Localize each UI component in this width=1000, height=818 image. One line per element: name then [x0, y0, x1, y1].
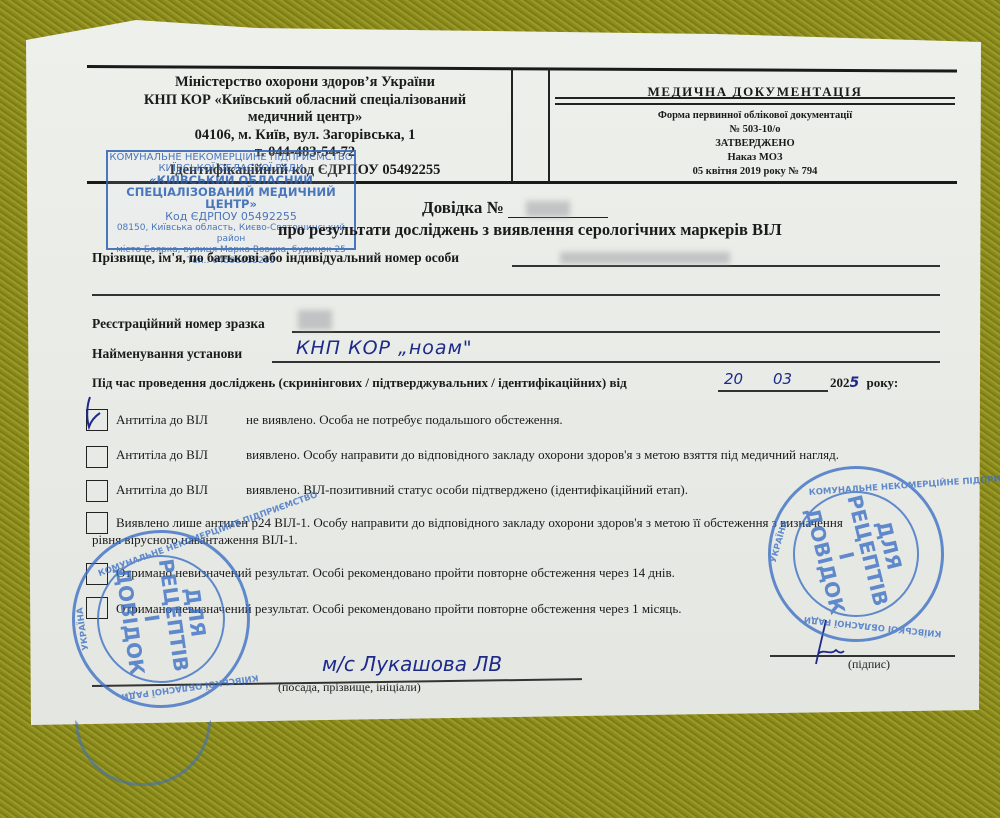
certificate-subtitle: про результати досліджень з виявлення се… — [278, 220, 782, 240]
redacted-name — [560, 252, 730, 264]
institution-name-cont: медичний центр» — [100, 109, 510, 127]
study-line-label: Під час проведення досліджень (скринінго… — [92, 375, 627, 391]
option-text: виявлено. Особу направити до відповідног… — [246, 447, 839, 462]
form-order-date: 05 квітня 2019 року № 794 — [555, 165, 955, 179]
option-checkbox-p24[interactable] — [86, 512, 108, 534]
stamp-impression-bottom — [75, 720, 211, 786]
form-approved: ЗАТВЕРДЖЕНО — [555, 137, 955, 151]
title-text: Довідка № — [422, 198, 504, 217]
option-text: не виявлено. Особа не потребує подальшог… — [246, 412, 563, 427]
institution-address: 04106, м. Київ, вул. Загорівська, 1 — [100, 127, 510, 145]
date-line — [718, 390, 828, 392]
form-header: МЕДИЧНА ДОКУМЕНТАЦІЯ Форма первинної обл… — [555, 84, 955, 179]
position-label: (посада, прізвище, ініціали) — [278, 680, 421, 695]
header-divider — [511, 68, 513, 182]
name-field-line — [512, 265, 940, 267]
option-label: Антитіла до ВІЛ — [116, 412, 246, 428]
option-checkbox-confirmed[interactable] — [86, 480, 108, 502]
sample-field-line — [292, 331, 940, 333]
redacted-number — [526, 201, 570, 217]
stamp-country: УКРАЇНА — [769, 520, 791, 564]
form-type: Форма первинної облікової документації — [555, 109, 955, 123]
position-handwritten: м/с Лукашова ЛВ — [322, 652, 502, 676]
photo-background: Міністерство охорони здоров’я України КН… — [0, 0, 1000, 818]
institution-name: КНП КОР «Київський обласний спеціалізова… — [100, 92, 510, 110]
year-prefix: 202 — [830, 375, 850, 390]
study-day: 20 — [724, 370, 743, 388]
checkmark-icon — [82, 395, 108, 431]
header-divider — [548, 68, 550, 182]
sample-label: Реєстраційний номер зразка — [92, 316, 265, 332]
signature-label: (підпис) — [848, 657, 890, 672]
certificate-title: Довідка № — [422, 198, 608, 218]
certificate-number-field — [508, 201, 608, 218]
year-suffix: 5 — [850, 375, 860, 391]
option-detected-referral: Антитіла до ВІЛвиявлено. Особу направити… — [116, 447, 839, 463]
option-label: Антитіла до ВІЛ — [116, 447, 246, 463]
option-negative: Антитіла до ВІЛне виявлено. Особа не пот… — [116, 412, 563, 428]
form-number: № 503-10/о — [555, 123, 955, 137]
option-label: Антитіла до ВІЛ — [116, 482, 246, 498]
institution-label: Найменування установи — [92, 346, 242, 362]
form-category: МЕДИЧНА ДОКУМЕНТАЦІЯ — [555, 84, 955, 105]
redacted-sample — [298, 310, 332, 330]
institution-value: КНП КОР „ноам" — [296, 337, 473, 359]
study-month: 03 — [773, 370, 792, 388]
stamp-line: КОМУНАЛЬНЕ НЕКОМЕРЦІЙНЕ ПІДПРИЄМСТВО — [108, 152, 354, 163]
institution-field-line — [272, 361, 940, 363]
option-checkbox-detected-referral[interactable] — [86, 446, 108, 468]
ministry-name: Міністерство охорони здоров’я України — [100, 74, 510, 92]
stamp-line: СПЕЦІАЛІЗОВАНИЙ МЕДИЧНИЙ ЦЕНТР» — [108, 186, 354, 210]
year-suffix-label: року: — [867, 375, 899, 390]
form-order: Наказ МОЗ — [555, 151, 955, 165]
study-year: 2025 року: — [830, 375, 898, 391]
option-confirmed: Антитіла до ВІЛвиявлено. ВІЛ-позитивний … — [116, 482, 688, 498]
stamp-country: УКРАЇНА — [75, 607, 91, 651]
stamp-center: ДЛЯ РЕЦЕПТІВ І ДОВІДОК — [111, 551, 215, 682]
name-field-line-2 — [92, 294, 940, 296]
name-label: Прізвище, ім'я, по батькові або індивіду… — [92, 250, 459, 266]
